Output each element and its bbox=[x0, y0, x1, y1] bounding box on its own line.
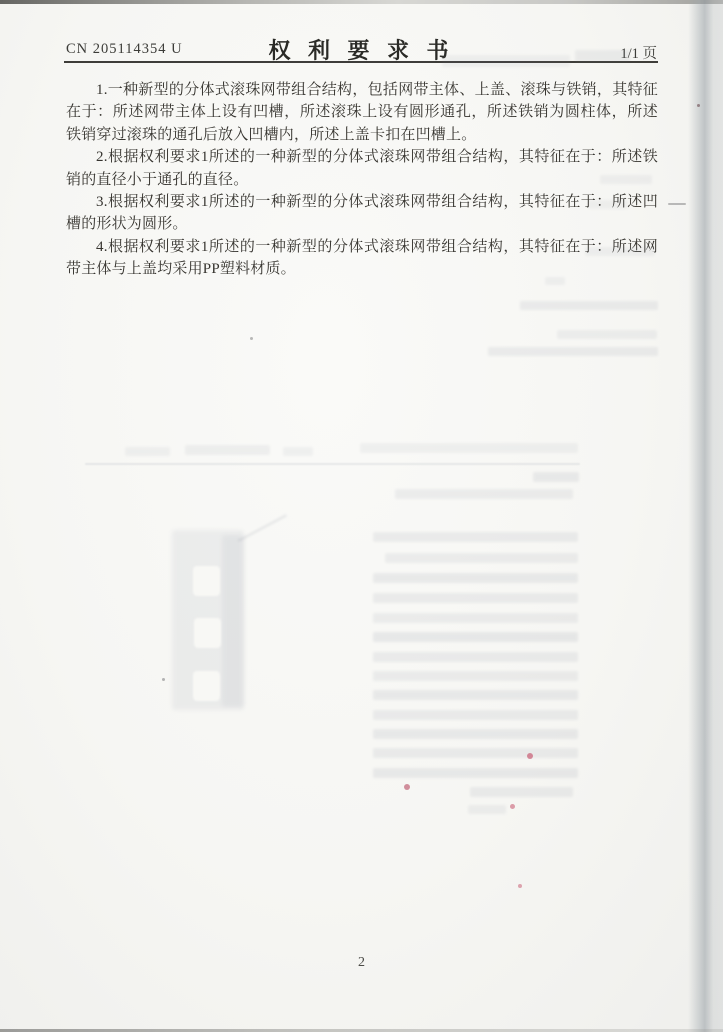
scan-speck bbox=[162, 678, 165, 681]
bleedthrough-mark bbox=[395, 489, 573, 499]
bleedthrough-mark bbox=[373, 613, 578, 623]
claims-body: 1.一种新型的分体式滚珠网带组合结构，包括网带主体、上盖、滚珠与铁销，其特征在于… bbox=[66, 79, 658, 281]
bleedthrough-mark bbox=[373, 690, 578, 700]
bleedthrough-mark bbox=[125, 447, 170, 456]
bleedthrough-mark bbox=[373, 593, 578, 603]
claim-2: 2.根据权利要求1所述的一种新型的分体式滚珠网带组合结构，其特征在于：所述铁销的… bbox=[66, 146, 658, 191]
bleedthrough-mark bbox=[442, 55, 570, 67]
bleedthrough-rule bbox=[85, 463, 580, 465]
bleedthrough-figure-hole bbox=[194, 618, 221, 648]
bleedthrough-mark bbox=[533, 472, 579, 482]
scan-speck bbox=[518, 884, 522, 888]
claim-3: 3.根据权利要求1所述的一种新型的分体式滚珠网带组合结构，其特征在于：所述凹槽的… bbox=[66, 191, 658, 236]
bleedthrough-mark bbox=[360, 443, 578, 453]
bleedthrough-mark bbox=[373, 768, 578, 778]
bleedthrough-mark bbox=[585, 247, 655, 256]
bleedthrough-figure-hole bbox=[193, 566, 220, 596]
bleedthrough-mark bbox=[470, 787, 573, 797]
scan-edge-right bbox=[688, 0, 723, 1032]
scan-edge-top bbox=[0, 0, 723, 4]
bleedthrough-figure-line bbox=[238, 514, 288, 542]
bleedthrough-mark bbox=[575, 50, 630, 62]
bleedthrough-mark bbox=[373, 671, 578, 681]
bleedthrough-mark bbox=[385, 553, 578, 563]
bleedthrough-mark bbox=[588, 200, 628, 209]
bleedthrough-mark bbox=[373, 652, 578, 662]
scan-speck bbox=[510, 804, 515, 809]
bleedthrough-figure-hole bbox=[193, 671, 220, 701]
bleedthrough-mark bbox=[557, 330, 657, 339]
bleedthrough-mark bbox=[373, 748, 578, 758]
scan-speck bbox=[668, 203, 686, 205]
bleedthrough-mark bbox=[373, 573, 578, 583]
bleedthrough-mark bbox=[373, 532, 578, 542]
scan-speck bbox=[527, 753, 533, 759]
bleedthrough-mark bbox=[545, 277, 565, 285]
bleedthrough-figure bbox=[222, 535, 244, 707]
bleedthrough-mark bbox=[283, 447, 313, 456]
scanned-patent-claims-page: CN 205114354 U 权 利 要 求 书 1/1 页 1.一种新型的分体… bbox=[0, 0, 723, 1032]
bleedthrough-mark bbox=[373, 632, 578, 642]
claim-1: 1.一种新型的分体式滚珠网带组合结构，包括网带主体、上盖、滚珠与铁销，其特征在于… bbox=[66, 79, 658, 146]
bleedthrough-mark bbox=[373, 710, 578, 720]
scan-speck bbox=[250, 337, 253, 340]
claim-4: 4.根据权利要求1所述的一种新型的分体式滚珠网带组合结构，其特征在于：所述网带主… bbox=[66, 236, 658, 281]
bleedthrough-mark bbox=[520, 301, 658, 310]
scan-speck bbox=[404, 784, 410, 790]
bleedthrough-mark bbox=[468, 805, 506, 814]
bleedthrough-mark bbox=[373, 729, 578, 739]
page-number: 2 bbox=[0, 955, 723, 971]
scan-speck bbox=[697, 104, 700, 107]
bleedthrough-mark bbox=[185, 445, 270, 455]
bleedthrough-mark bbox=[488, 347, 658, 356]
bleedthrough-mark bbox=[600, 175, 652, 184]
